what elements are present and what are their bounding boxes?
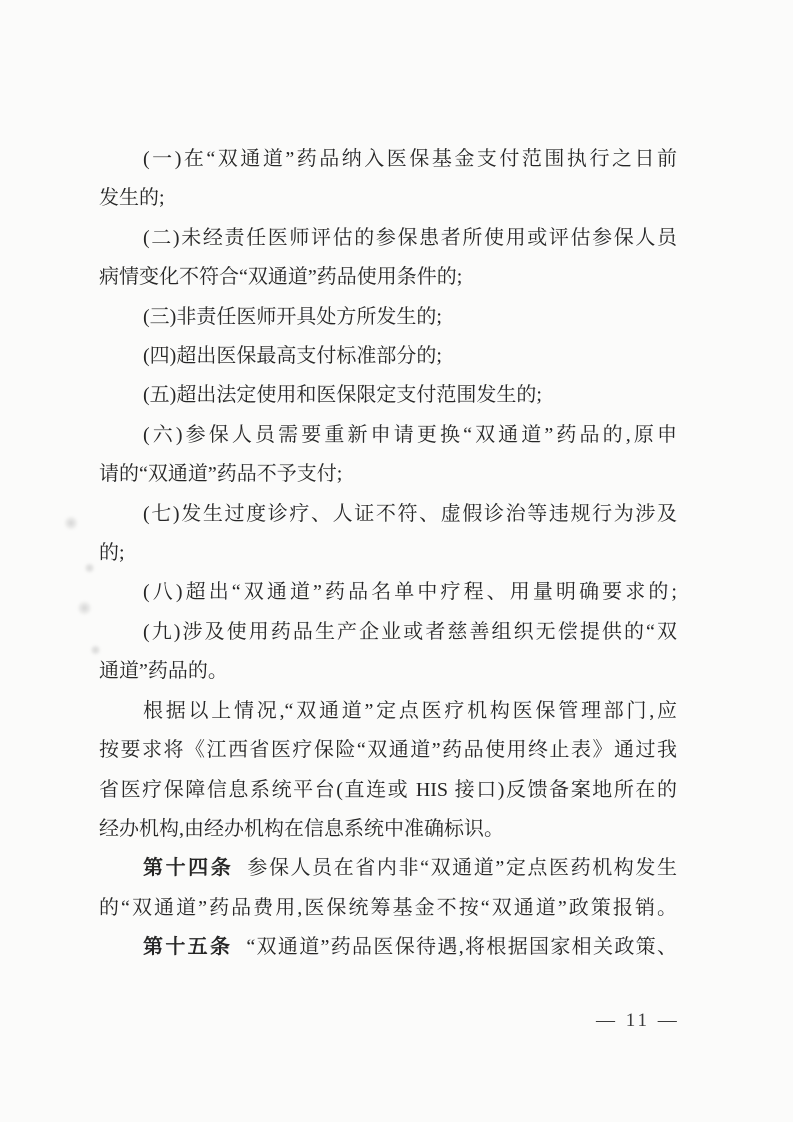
text-line: 的“双通道”药品费用,医保统筹基金不按“双通道”政策报销。 — [99, 889, 677, 928]
article-number: 第十五条 — [143, 936, 232, 958]
text-line: 省医疗保障信息系统平台(直连或 HIS 接口)反馈备案地所在的 — [99, 771, 677, 810]
text-line: 的; — [99, 534, 677, 573]
text-line: (八)超出“双通道”药品名单中疗程、用量明确要求的; — [99, 573, 677, 612]
scan-smudge — [84, 562, 95, 574]
text-line: (五)超出法定使用和医保限定支付范围发生的; — [99, 376, 677, 415]
scan-smudge — [64, 515, 78, 531]
article-number: 第十四条 — [143, 857, 233, 879]
text-line: 发生的; — [99, 179, 677, 218]
document-page: (一)在“双通道”药品纳入医保基金支付范围执行之日前发生的;(二)未经责任医师评… — [0, 0, 793, 1122]
text-line: 病情变化不符合“双通道”药品使用条件的; — [99, 258, 677, 297]
text-line: 第十五条“双通道”药品医保待遇,将根据国家相关政策、 — [99, 928, 677, 967]
page-number: — 11 — — [596, 1010, 686, 1032]
text-line: (六)参保人员需要重新申请更换“双通道”药品的,原申 — [99, 416, 677, 455]
text-line: (一)在“双通道”药品纳入医保基金支付范围执行之日前 — [99, 140, 677, 179]
text-line: (二)未经责任医师评估的参保患者所使用或评估参保人员 — [99, 219, 677, 258]
text-line: 第十四条参保人员在省内非“双通道”定点医药机构发生 — [99, 849, 677, 888]
text-line: (九)涉及使用药品生产企业或者慈善组织无偿提供的“双 — [99, 613, 677, 652]
text-line: (四)超出医保最高支付标准部分的; — [99, 337, 677, 376]
text-line: 按要求将《江西省医疗保险“双通道”药品使用终止表》通过我 — [99, 731, 677, 770]
text-line: (三)非责任医师开具处方所发生的; — [99, 298, 677, 337]
text-line: 通道”药品的。 — [99, 652, 677, 691]
text-line: 根据以上情况,“双通道”定点医疗机构医保管理部门,应 — [99, 692, 677, 731]
text-line: (七)发生过度诊疗、人证不符、虚假诊治等违规行为涉及 — [99, 495, 677, 534]
document-body: (一)在“双通道”药品纳入医保基金支付范围执行之日前发生的;(二)未经责任医师评… — [99, 140, 677, 968]
text-line: 请的“双通道”药品不予支付; — [99, 455, 677, 494]
scan-smudge — [77, 600, 92, 616]
text-line: 经办机构,由经办机构在信息系统中准确标识。 — [99, 810, 677, 849]
